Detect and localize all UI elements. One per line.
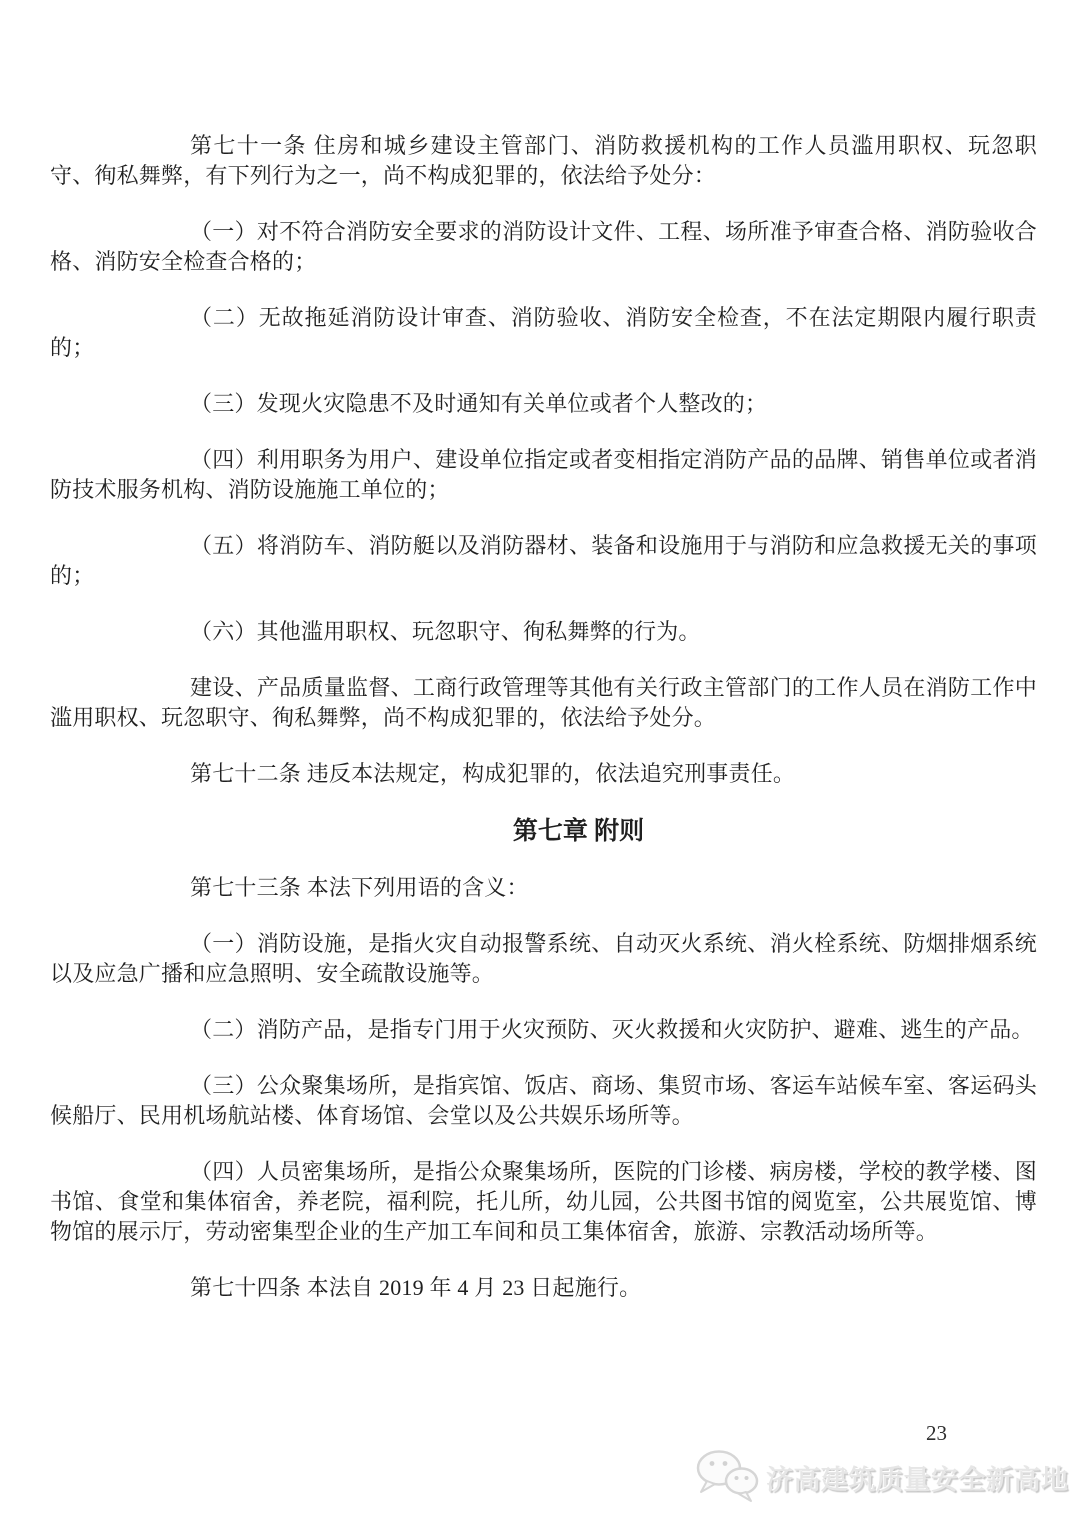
article-71-intro: 第七十一条 住房和城乡建设主管部门、消防救援机构的工作人员滥用职权、玩忽职守、徇… [50,131,1037,191]
article-73-intro: 第七十三条 本法下列用语的含义： [50,873,1037,903]
article-73-item-4: （四）人员密集场所，是指公众聚集场所，医院的门诊楼、病房楼，学校的教学楼、图书馆… [50,1157,1037,1247]
article-71-item-1: （一）对不符合消防安全要求的消防设计文件、工程、场所准予审查合格、消防验收合格、… [50,217,1037,277]
article-74: 第七十四条 本法自 2019 年 4 月 23 日起施行。 [50,1273,1037,1303]
article-73-item-3: （三）公众聚集场所，是指宾馆、饭店、商场、集贸市场、客运车站候车室、客运码头候船… [50,1071,1037,1131]
chapter-7-heading: 第七章 附则 [85,815,1072,849]
watermark-text: 济高建筑质量安全新高地 [766,1458,1069,1497]
article-71-item-6: （六）其他滥用职权、玩忽职守、徇私舞弊的行为。 [50,617,1037,647]
article-71-closing: 建设、产品质量监督、工商行政管理等其他有关行政主管部门的工作人员在消防工作中滥用… [50,673,1037,733]
article-71-item-2: （二）无故拖延消防设计审查、消防验收、消防安全检查，不在法定期限内履行职责的； [50,303,1037,363]
article-71-item-5: （五）将消防车、消防艇以及消防器材、装备和设施用于与消防和应急救援无关的事项的； [50,531,1037,591]
document-body: 第七十一条 住房和城乡建设主管部门、消防救援机构的工作人员滥用职权、玩忽职守、徇… [50,0,1037,1329]
article-72: 第七十二条 违反本法规定，构成犯罪的，依法追究刑事责任。 [50,759,1037,789]
page-number: 23 [926,1421,947,1446]
article-71-item-4: （四）利用职务为用户、建设单位指定或者变相指定消防产品的品牌、销售单位或者消防技… [50,445,1037,505]
document-page: 第七十一条 住房和城乡建设主管部门、消防救援机构的工作人员滥用职权、玩忽职守、徇… [0,0,1080,1527]
watermark: 济高建筑质量安全新高地 [694,1448,1069,1506]
article-73-item-1: （一）消防设施，是指火灾自动报警系统、自动灭火系统、消火栓系统、防烟排烟系统以及… [50,929,1037,989]
wechat-icon [694,1448,760,1506]
article-73-item-2: （二）消防产品，是指专门用于火灾预防、灭火救援和火灾防护、避难、逃生的产品。 [50,1015,1037,1045]
article-71-item-3: （三）发现火灾隐患不及时通知有关单位或者个人整改的； [50,389,1037,419]
